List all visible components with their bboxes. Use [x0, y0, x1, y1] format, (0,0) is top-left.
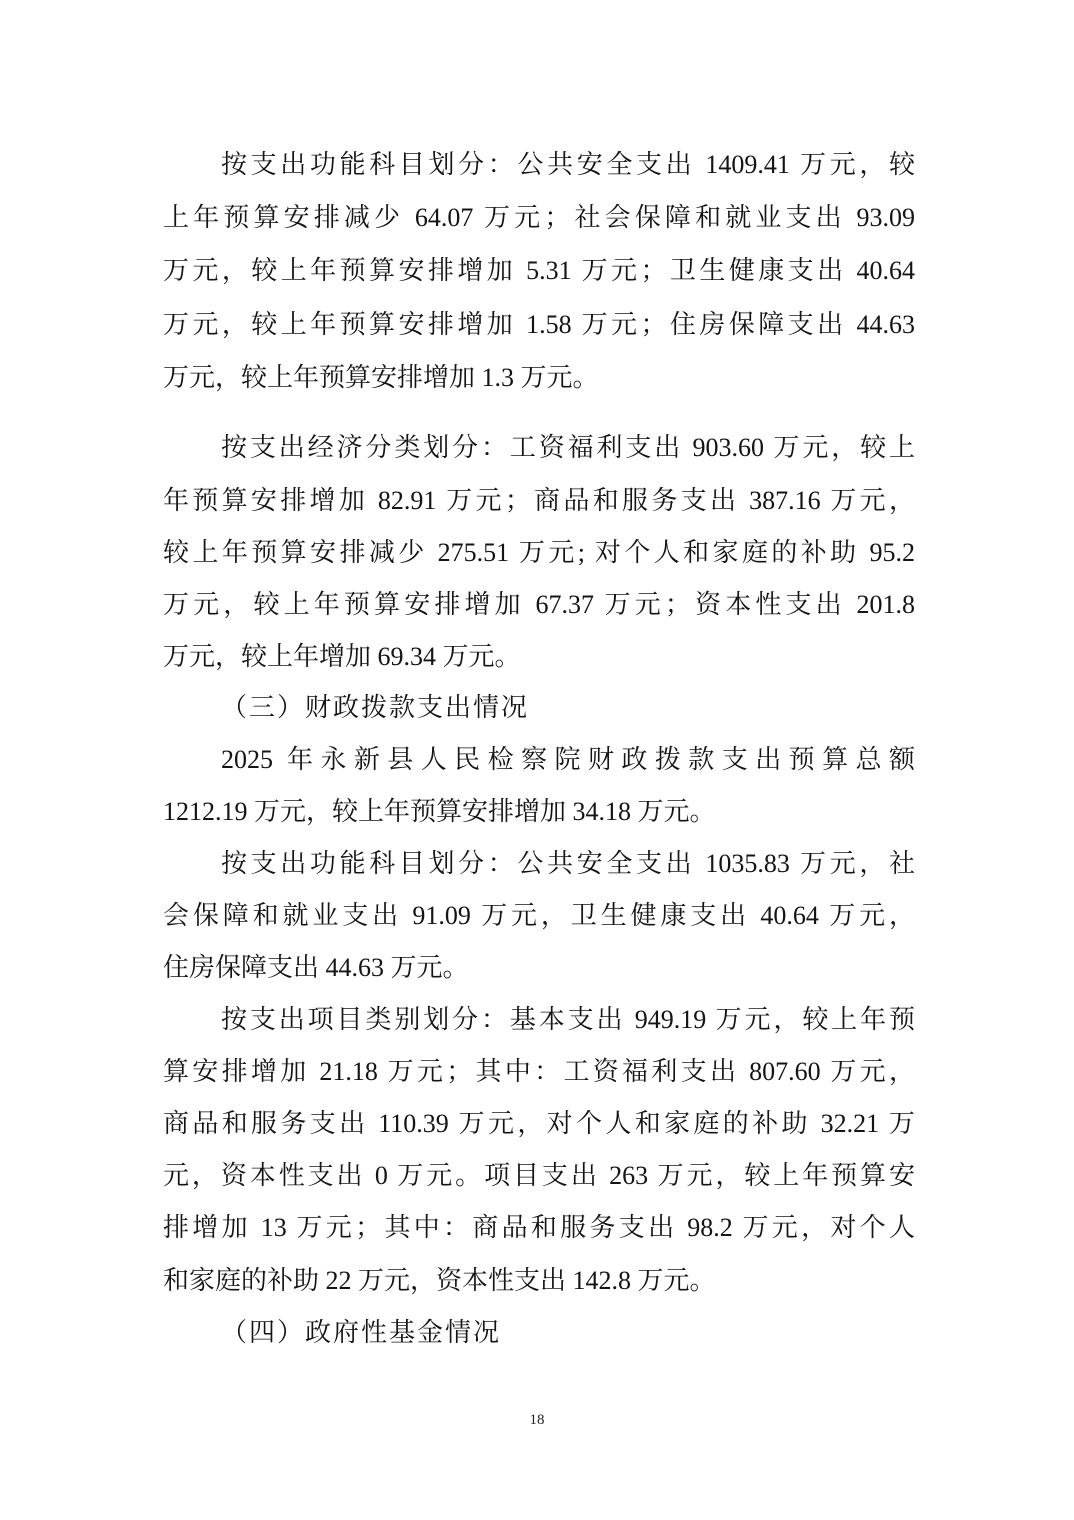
- text-line: 万元，较上年预算安排增加 1.3 万元。: [163, 358, 915, 398]
- text-line: 元，资本性支出 0 万元。项目支出 263 万元，较上年预算安: [163, 1156, 915, 1196]
- text-line: 商品和服务支出 110.39 万元，对个人和家庭的补助 32.21 万: [163, 1104, 915, 1144]
- text-line: 和家庭的补助 22 万元，资本性支出 142.8 万元。: [163, 1261, 915, 1301]
- text-line: 算安排增加 21.18 万元；其中：工资福利支出 807.60 万元，: [163, 1052, 915, 1092]
- text-line: 按支出经济分类划分：工资福利支出 903.60 万元，较上: [221, 428, 915, 468]
- text-line: 2025 年永新县人民检察院财政拨款支出预算总额: [221, 740, 915, 780]
- text-line: 按支出功能科目划分：公共安全支出 1409.41 万元，较: [221, 145, 915, 185]
- text-line: 万元，较上年增加 69.34 万元。: [163, 637, 915, 677]
- section-heading-government-funds: （四）政府性基金情况: [221, 1313, 501, 1353]
- section-heading-fiscal-appropriation: （三）财政拨款支出情况: [221, 688, 529, 728]
- page-number: 18: [0, 1410, 1074, 1430]
- text-line: 年预算安排增加 82.91 万元；商品和服务支出 387.16 万元，: [163, 481, 915, 521]
- text-line: 万元，较上年预算安排增加 67.37 万元；资本性支出 201.8: [163, 585, 915, 625]
- text-line: 万元，较上年预算安排增加 1.58 万元；住房保障支出 44.63: [163, 305, 915, 345]
- text-line: 1212.19 万元，较上年预算安排增加 34.18 万元。: [163, 792, 915, 832]
- text-line: 按支出功能科目划分：公共安全支出 1035.83 万元，社: [221, 844, 915, 884]
- text-line: 万元，较上年预算安排增加 5.31 万元；卫生健康支出 40.64: [163, 251, 915, 291]
- text-line: 会保障和就业支出 91.09 万元，卫生健康支出 40.64 万元，: [163, 896, 915, 936]
- text-line: 排增加 13 万元；其中：商品和服务支出 98.2 万元，对个人: [163, 1208, 915, 1248]
- document-page: 按支出功能科目划分：公共安全支出 1409.41 万元，较 上年预算安排减少 6…: [0, 0, 1074, 1520]
- text-line: 按支出项目类别划分：基本支出 949.19 万元，较上年预: [221, 1000, 915, 1040]
- text-line: 住房保障支出 44.63 万元。: [163, 948, 915, 988]
- text-line: 较上年预算安排减少 275.51 万元; 对个人和家庭的补助 95.2: [163, 533, 915, 573]
- text-line: 上年预算安排减少 64.07 万元；社会保障和就业支出 93.09: [163, 198, 915, 238]
